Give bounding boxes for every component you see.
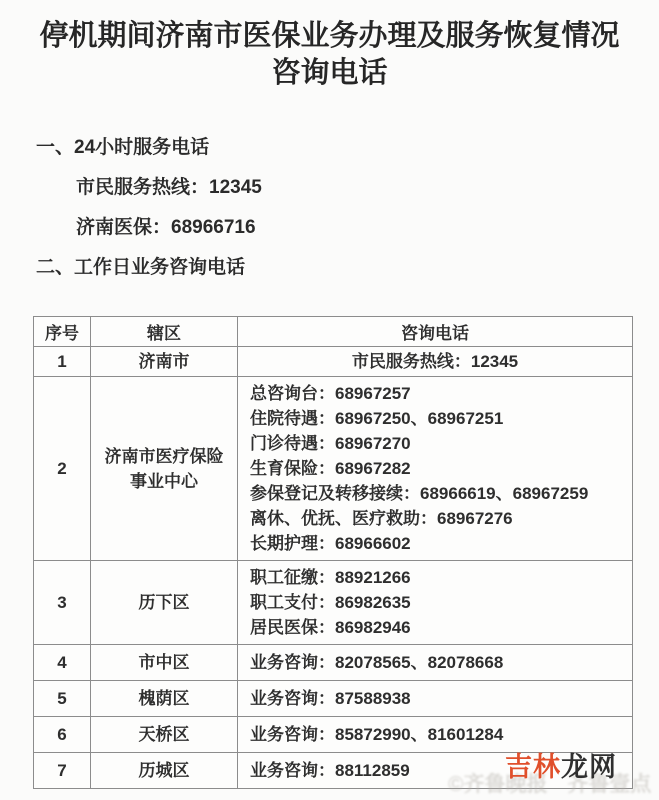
header-phone: 咨询电话: [238, 317, 633, 347]
phone-line: 居民医保：86982946: [250, 615, 628, 640]
document-page: 停机期间济南市医保业务办理及服务恢复情况 咨询电话 一、24小时服务电话 市民服…: [0, 0, 659, 800]
hotline-citizen: 市民服务热线：12345: [76, 168, 659, 208]
phone-table-body: 1济南市市民服务热线：123452济南市医疗保险事业中心总咨询台：6896725…: [34, 347, 633, 789]
brand-watermark-highlight: 吉林: [505, 752, 561, 782]
table-header-row: 序号 辖区 咨询电话: [34, 317, 633, 347]
phone-line: 门诊待遇：68967270: [250, 431, 628, 456]
header-no: 序号: [34, 317, 91, 347]
spacer: [0, 288, 659, 316]
cell-district: 市中区: [91, 645, 238, 681]
page-title-line1: 停机期间济南市医保业务办理及服务恢复情况: [0, 18, 659, 55]
cell-district: 天桥区: [91, 717, 238, 753]
phone-line: 住院待遇：68967250、68967251: [250, 406, 628, 431]
section-heading-workday: 二、工作日业务咨询电话: [36, 248, 659, 288]
phone-table: 序号 辖区 咨询电话 1济南市市民服务热线：123452济南市医疗保险事业中心总…: [33, 316, 633, 789]
sections: 一、24小时服务电话 市民服务热线：12345 济南医保：68966716 二、…: [0, 128, 659, 288]
table-row: 3历下区职工征缴：88921266职工支付：86982635居民医保：86982…: [34, 561, 633, 645]
hotline-jinan-yibao: 济南医保：68966716: [76, 208, 659, 248]
cell-district: 历城区: [91, 753, 238, 789]
phone-line: 市民服务热线：12345: [242, 349, 628, 374]
page-title: 停机期间济南市医保业务办理及服务恢复情况 咨询电话: [0, 0, 659, 92]
phone-line: 参保登记及转移接续：68966619、68967259: [250, 481, 628, 506]
cell-phone-numbers: 业务咨询：82078565、82078668: [238, 645, 633, 681]
page-title-line2: 咨询电话: [0, 55, 659, 92]
cell-row-number: 1: [34, 347, 91, 377]
cell-row-number: 2: [34, 377, 91, 561]
phone-line: 生育保险：68967282: [250, 456, 628, 481]
phone-line: 职工征缴：88921266: [250, 565, 628, 590]
cell-district: 历下区: [91, 561, 238, 645]
cell-district: 济南市医疗保险事业中心: [91, 377, 238, 561]
cell-phone-numbers: 职工征缴：88921266职工支付：86982635居民医保：86982946: [238, 561, 633, 645]
table-row: 2济南市医疗保险事业中心总咨询台：68967257住院待遇：68967250、6…: [34, 377, 633, 561]
phone-line: 离休、优抚、医疗救助：68967276: [250, 506, 628, 531]
section-heading-24h: 一、24小时服务电话: [36, 128, 659, 168]
cell-row-number: 3: [34, 561, 91, 645]
header-district: 辖区: [91, 317, 238, 347]
cell-phone-numbers: 市民服务热线：12345: [238, 347, 633, 377]
phone-line: 业务咨询：85872990、81601284: [250, 722, 628, 747]
table-row: 1济南市市民服务热线：12345: [34, 347, 633, 377]
cell-row-number: 5: [34, 681, 91, 717]
phone-line: 长期护理：68966602: [250, 531, 628, 556]
cell-phone-numbers: 业务咨询：87588938: [238, 681, 633, 717]
brand-watermark-rest: 龙网: [561, 752, 617, 782]
cell-phone-numbers: 总咨询台：68967257住院待遇：68967250、68967251门诊待遇：…: [238, 377, 633, 561]
cell-row-number: 7: [34, 753, 91, 789]
phone-line: 总咨询台：68967257: [250, 381, 628, 406]
phone-line: 职工支付：86982635: [250, 590, 628, 615]
cell-district: 槐荫区: [91, 681, 238, 717]
cell-row-number: 6: [34, 717, 91, 753]
table-row: 5槐荫区业务咨询：87588938: [34, 681, 633, 717]
brand-watermark: 吉林龙网: [505, 745, 617, 784]
cell-row-number: 4: [34, 645, 91, 681]
phone-line: 业务咨询：87588938: [250, 686, 628, 711]
cell-district: 济南市: [91, 347, 238, 377]
table-row: 4市中区业务咨询：82078565、82078668: [34, 645, 633, 681]
phone-line: 业务咨询：82078565、82078668: [250, 650, 628, 675]
